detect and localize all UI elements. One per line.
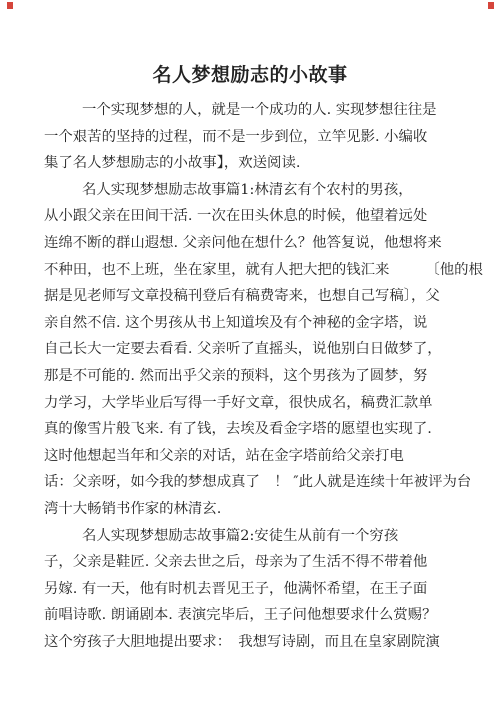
text-line: 湾十大畅销书作家的林清玄. (44, 496, 484, 523)
text-line: 这个穷孩子大胆地提出要求： 我想写诗剧，而且在皇家剧院演 (44, 629, 484, 656)
text-line: 连绵不断的群山遐想. 父亲问他在想什么？他答复说，他想将来 (44, 230, 484, 257)
red-watermark-left-icon (7, 2, 13, 9)
text-line: 一个实现梦想的人，就是一个成功的人. 实现梦想往往是 (44, 97, 484, 124)
text-line: 名人实现梦想励志故事篇1:林清玄有个农村的男孩， (44, 177, 484, 204)
document-page: 名人梦想励志的小故事 一个实现梦想的人，就是一个成功的人. 实现梦想往往是一个艰… (0, 0, 500, 708)
text-line: 力学习，大学毕业后写得一手好文章，很快成名，稿费汇款单 (44, 390, 484, 417)
text-line: 那是不可能的. 然而出乎父亲的预料，这个男孩为了圆梦，努 (44, 363, 484, 390)
text-line: 话：父亲呀，如今我的梦想成真了 ！ ″此人就是连续十年被评为台 (44, 469, 484, 496)
text-line: 这时他想起当年和父亲的对话，站在金字塔前给父亲打电 (44, 443, 484, 470)
text-line: 前唱诗歌. 朗诵剧本. 表演完毕后，王子问他想要求什么赏赐？ (44, 602, 484, 629)
text-line: 另嫁. 有一天，他有时机去晋见王子，他满怀希望，在王子面 (44, 576, 484, 603)
text-line: 真的像雪片般飞来. 有了钱，去埃及看金字塔的愿望也实现了. (44, 416, 484, 443)
text-line: 亲自然不信. 这个男孩从书上知道埃及有个神秘的金字塔，说 (44, 310, 484, 337)
text-line: 名人实现梦想励志故事篇2:安徒生从前有一个穷孩 (44, 523, 484, 550)
document-body: 一个实现梦想的人，就是一个成功的人. 实现梦想往往是一个艰苦的坚持的过程，而不是… (44, 97, 484, 655)
text-line: 一个艰苦的坚持的过程，而不是一步到位，立竿见影. 小编收 (44, 124, 484, 151)
text-line: 不种田，也不上班，坐在家里，就有人把大把的钱汇来 〔他的根 (44, 257, 484, 284)
text-line: 自己长大一定要去看看. 父亲听了直摇头，说他别白日做梦了， (44, 336, 484, 363)
text-line: 据是见老师写文章投稿刊登后有稿费寄来，也想自己写稿〕，父 (44, 283, 484, 310)
text-line: 子，父亲是鞋匠. 父亲去世之后，母亲为了生活不得不带着他 (44, 549, 484, 576)
document-title: 名人梦想励志的小故事 (0, 63, 500, 87)
text-line: 集了名人梦想励志的小故事】，欢送阅读. (44, 150, 484, 177)
red-watermark-right-icon (488, 2, 494, 9)
text-line: 从小跟父亲在田间干活. 一次在田头休息的时候，他望着远处 (44, 203, 484, 230)
